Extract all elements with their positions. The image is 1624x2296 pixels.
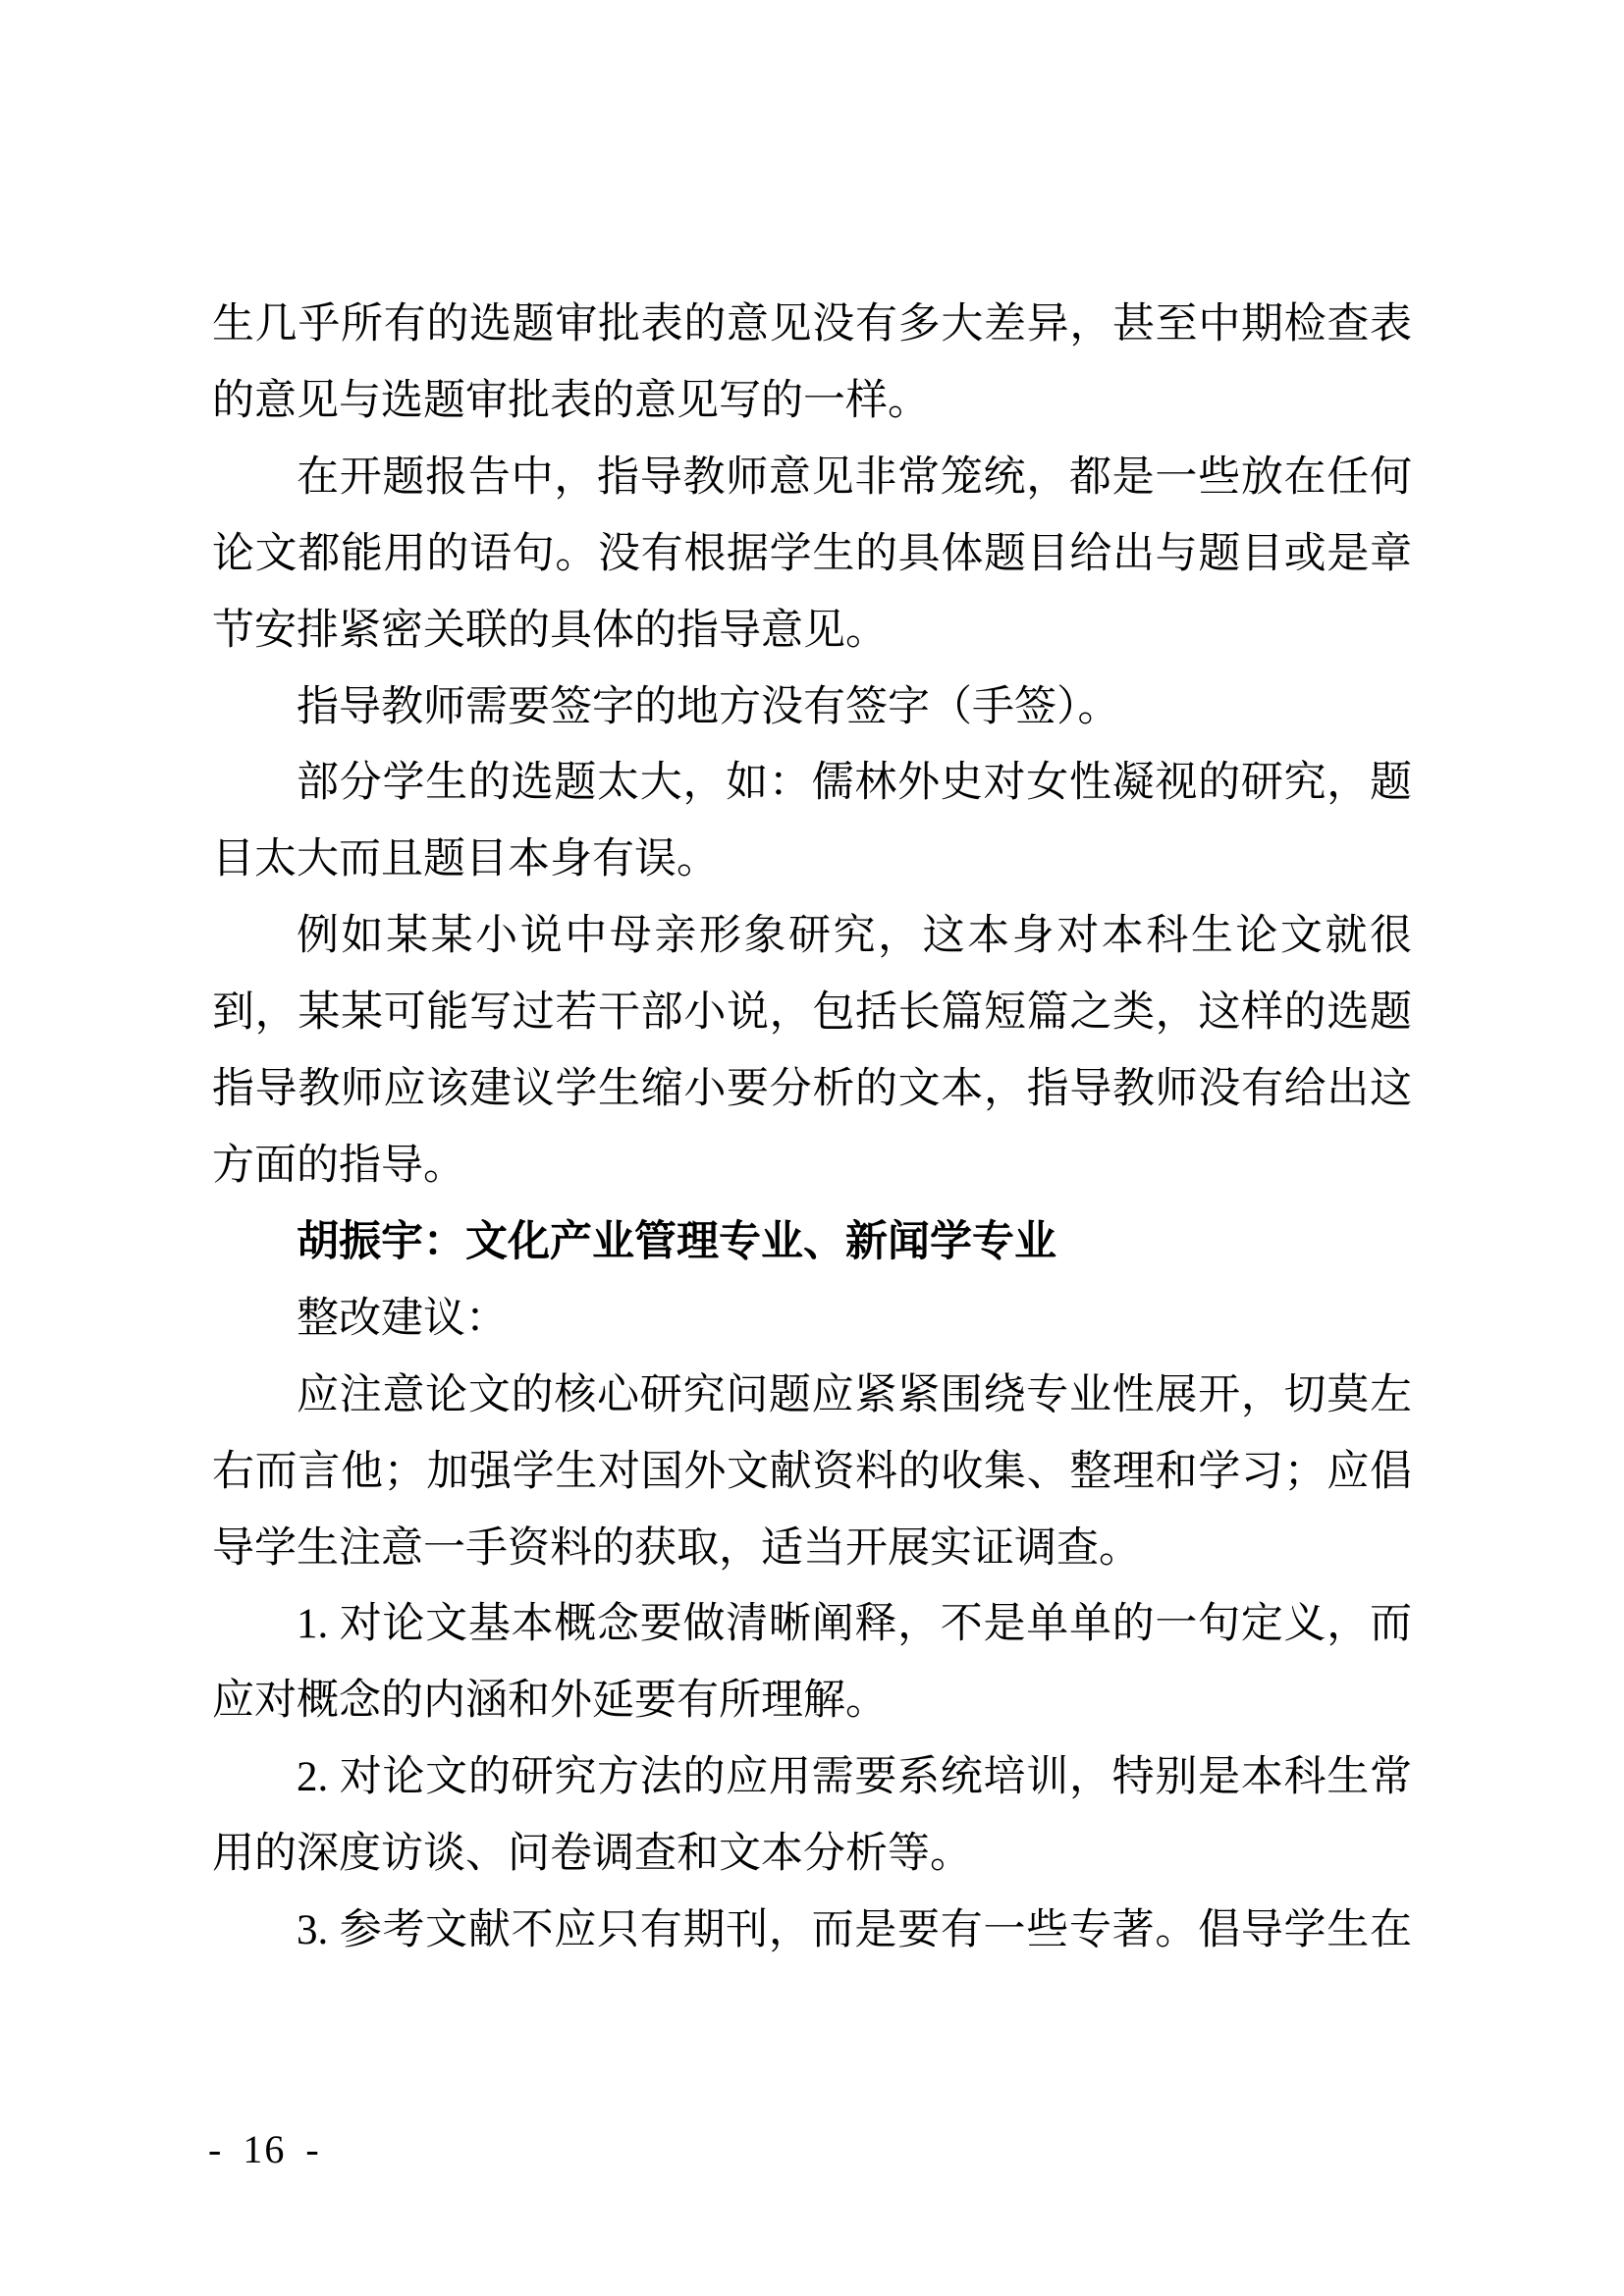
document-body: 生几乎所有的选题审批表的意见没有多大差异，甚至中期检查表的意见与选题审批表的意见… <box>212 287 1412 1969</box>
text-line: 整改建议： <box>212 1281 1412 1358</box>
paragraph: 指导教师需要签字的地方没有签字（手签）。 <box>212 669 1412 746</box>
page-footer: - 16 - <box>208 2127 321 2172</box>
text-line: 在开题报告中，指导教师意见非常笼统，都是一些放在任何 <box>212 440 1412 516</box>
text-line: 生几乎所有的选题审批表的意见没有多大差异，甚至中期检查表 <box>212 287 1412 363</box>
paragraph: 整改建议： <box>212 1281 1412 1358</box>
paragraph: 3. 参考文献不应只有期刊，而是要有一些专著。倡导学生在 <box>212 1893 1412 1969</box>
text-line: 应对概念的内涵和外延要有所理解。 <box>212 1663 1412 1739</box>
text-line: 的意见与选题审批表的意见写的一样。 <box>212 363 1412 440</box>
text-line: 部分学生的选题太大，如：儒林外史对女性凝视的研究，题 <box>212 745 1412 822</box>
paragraph: 2. 对论文的研究方法的应用需要系统培训，特别是本科生常用的深度访谈、问卷调查和… <box>212 1739 1412 1893</box>
paragraph: 部分学生的选题太大，如：儒林外史对女性凝视的研究，题目太大而且题目本身有误。 <box>212 745 1412 898</box>
text-line: 3. 参考文献不应只有期刊，而是要有一些专著。倡导学生在 <box>212 1893 1412 1969</box>
text-line: 指导教师需要签字的地方没有签字（手签）。 <box>212 669 1412 746</box>
document-page: 生几乎所有的选题审批表的意见没有多大差异，甚至中期检查表的意见与选题审批表的意见… <box>0 0 1624 2296</box>
paragraph: 在开题报告中，指导教师意见非常笼统，都是一些放在任何论文都能用的语句。没有根据学… <box>212 440 1412 669</box>
paragraph: 应注意论文的核心研究问题应紧紧围绕专业性展开，切莫左右而言他；加强学生对国外文献… <box>212 1358 1412 1587</box>
text-line: 指导教师应该建议学生缩小要分析的文本，指导教师没有给出这 <box>212 1051 1412 1128</box>
text-line: 1. 对论文基本概念要做清晰阐释，不是单单的一句定义，而 <box>212 1586 1412 1663</box>
text-line: 导学生注意一手资料的获取，适当开展实证调查。 <box>212 1511 1412 1587</box>
text-line: 右而言他；加强学生对国外文献资料的收集、整理和学习；应倡 <box>212 1434 1412 1511</box>
text-line: 到，某某可能写过若干部小说，包括长篇短篇之类，这样的选题 <box>212 975 1412 1051</box>
text-line: 2. 对论文的研究方法的应用需要系统培训，特别是本科生常 <box>212 1739 1412 1816</box>
text-line: 论文都能用的语句。没有根据学生的具体题目给出与题目或是章 <box>212 516 1412 593</box>
paragraph: 例如某某小说中母亲形象研究，这本身对本科生论文就很到，某某可能写过若干部小说，包… <box>212 898 1412 1204</box>
text-line: 应注意论文的核心研究问题应紧紧围绕专业性展开，切莫左 <box>212 1358 1412 1434</box>
text-line: 方面的指导。 <box>212 1128 1412 1204</box>
page-number: - 16 - <box>208 2127 321 2171</box>
text-line: 胡振宇：文化产业管理专业、新闻学专业 <box>212 1204 1412 1281</box>
text-line: 目太大而且题目本身有误。 <box>212 822 1412 898</box>
text-line: 节安排紧密关联的具体的指导意见。 <box>212 593 1412 669</box>
text-line: 例如某某小说中母亲形象研究，这本身对本科生论文就很 <box>212 898 1412 975</box>
paragraph: 生几乎所有的选题审批表的意见没有多大差异，甚至中期检查表的意见与选题审批表的意见… <box>212 287 1412 440</box>
text-line: 用的深度访谈、问卷调查和文本分析等。 <box>212 1816 1412 1893</box>
paragraph: 1. 对论文基本概念要做清晰阐释，不是单单的一句定义，而应对概念的内涵和外延要有… <box>212 1586 1412 1739</box>
paragraph: 胡振宇：文化产业管理专业、新闻学专业 <box>212 1204 1412 1281</box>
